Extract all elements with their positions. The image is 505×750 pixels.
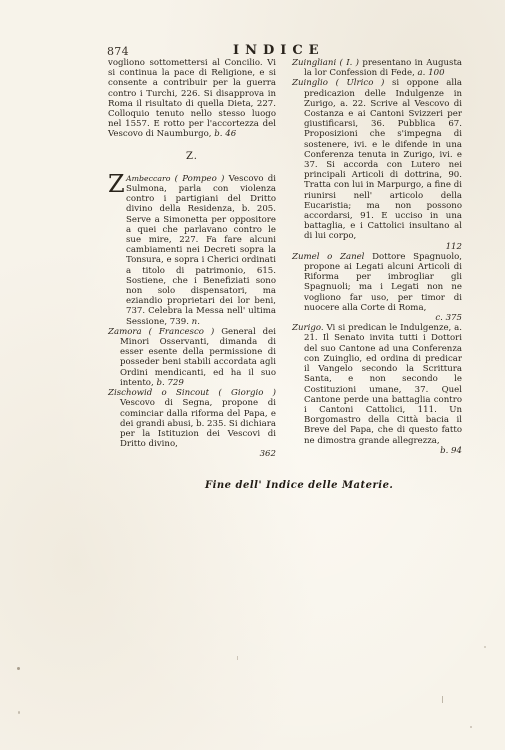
paper-speck [18,711,20,714]
entry-headword: Ambeccaro [126,174,170,183]
drop-cap: Z [108,173,125,195]
entry-reference: b. 46 [214,129,236,139]
end-of-index-note: Fine dell' Indice delle Materie. [205,480,393,491]
entry-reference: b. 729 [156,378,183,388]
entry-headword: Zuingliani [292,58,336,68]
entry-qualifier: ( Giorgio ) [218,388,276,398]
paper-speck [237,656,238,660]
index-entry: Zumel o Zanel Dottore Spagnuolo, propone… [292,252,462,323]
index-entry-continuation: vogliono sottomettersi al Concilio. Vi s… [108,58,276,140]
entry-headword: Zurigo. [292,323,324,333]
entry-headword: Zuinglio [292,78,328,88]
entry-text: Vescovo di Segna, propone di cominciar d… [120,398,276,449]
right-column: Zuingliani ( I. ) presentano in Augusta … [292,58,462,456]
letter-section-heading: Z. [108,152,276,162]
index-entry: Z Ambeccaro ( Pompeo ) Vescovo di Sulmon… [108,174,276,327]
scanned-book-page: 874 INDICE vogliono sottomettersi al Con… [0,0,505,750]
index-entry: Zamora ( Francesco ) General dei Minori … [108,327,276,388]
paper-speck [470,726,472,728]
left-column: vogliono sottomettersi al Concilio. Vi s… [108,58,276,460]
paper-speck [17,667,20,670]
entry-headword: Zamora [108,327,142,337]
entry-qualifier: ( I. ) [340,58,359,68]
entry-reference: 362 [120,449,276,459]
entry-headword: Zumel o Zanel [292,252,364,262]
entry-reference: b. 94 [304,446,462,456]
page-number: 874 [107,45,129,58]
entry-text: Vi si predican le Indulgenze, a. 21. Il … [304,323,462,445]
entry-qualifier: ( Francesco ) [149,327,215,337]
entry-headword: Zischowid o Sincout [108,388,209,398]
entry-reference: 112 [304,242,462,252]
paper-speck [442,696,443,703]
index-entry: Zurigo. Vi si predican le Indulgenze, a.… [292,323,462,456]
running-head: INDICE [233,43,325,58]
index-entry: Zuinglio ( Ulrico ) si oppone alla predi… [292,78,462,251]
paper-speck [484,646,486,648]
entry-text: Vescovo di Sulmona, parla con violenza c… [126,174,276,327]
entry-reference: c. 375 [304,313,462,323]
entry-qualifier: ( Ulrico ) [336,78,385,88]
index-entry: Zischowid o Sincout ( Giorgio ) Vescovo … [108,388,276,459]
entry-qualifier: ( Pompeo ) [175,174,225,184]
entry-text: vogliono sottomettersi al Concilio. Vi s… [108,58,276,139]
index-entry: Zuingliani ( I. ) presentano in Augusta … [292,58,462,78]
entry-text: si oppone alla predicazion delle Indulge… [304,78,462,241]
entry-reference: n. [192,317,200,327]
entry-reference: a. 100 [418,68,445,78]
